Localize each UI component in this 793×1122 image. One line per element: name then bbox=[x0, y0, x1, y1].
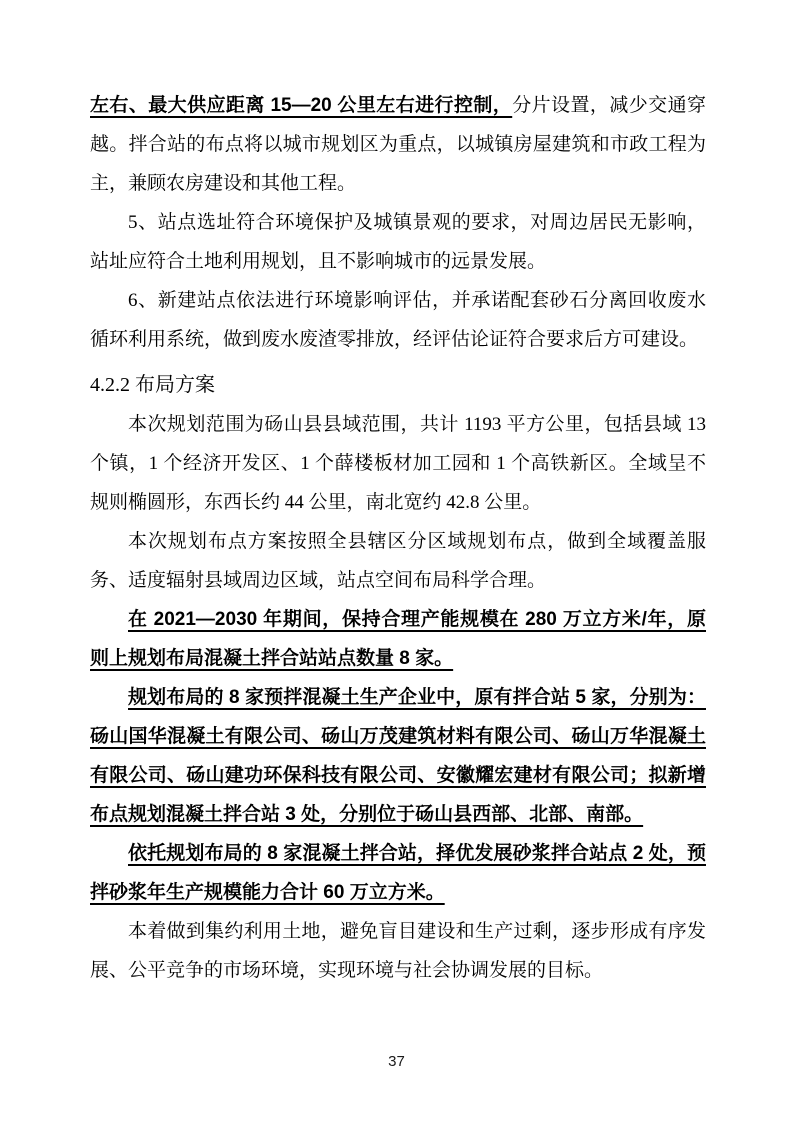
paragraph: 本次规划范围为砀山县县域范围，共计 1193 平方公里，包括县域 13 个镇，1… bbox=[90, 405, 706, 522]
text-run: 本次规划范围为砀山县县域范围，共计 1193 平方公里，包括县域 13 个镇，1… bbox=[90, 414, 706, 513]
text-run: 本着做到集约利用土地，避免盲目建设和生产过剩，逐步形成有序发展、公平竞争的市场环… bbox=[90, 921, 706, 981]
emphasized-text-run: 左右、最大供应距离 15—20 公里左右进行控制， bbox=[90, 95, 512, 116]
emphasized-text-run: 规划布局的 8 家预拌混凝土生产企业中，原有拌合站 5 家，分别为：砀山国华混凝… bbox=[90, 687, 706, 825]
page-number: 37 bbox=[0, 1053, 793, 1070]
text-run: 6、新建站点依法进行环境影响评估，并承诺配套砂石分离回收废水循环利用系统，做到废… bbox=[90, 290, 706, 350]
paragraph: 6、新建站点依法进行环境影响评估，并承诺配套砂石分离回收废水循环利用系统，做到废… bbox=[90, 281, 706, 359]
paragraph: 依托规划布局的 8 家混凝土拌合站，择优发展砂浆拌合站点 2 处，预拌砂浆年生产… bbox=[90, 834, 706, 912]
paragraph: 左右、最大供应距离 15—20 公里左右进行控制，分片设置，减少交通穿越。拌合站… bbox=[90, 86, 706, 203]
paragraph: 规划布局的 8 家预拌混凝土生产企业中，原有拌合站 5 家，分别为：砀山国华混凝… bbox=[90, 678, 706, 834]
paragraph: 在 2021—2030 年期间，保持合理产能规模在 280 万立方米/年，原则上… bbox=[90, 600, 706, 678]
document-page: 左右、最大供应距离 15—20 公里左右进行控制，分片设置，减少交通穿越。拌合站… bbox=[0, 0, 793, 1122]
text-run: 4.2.2 布局方案 bbox=[90, 374, 215, 396]
document-body: 左右、最大供应距离 15—20 公里左右进行控制，分片设置，减少交通穿越。拌合站… bbox=[90, 86, 706, 990]
text-run: 本次规划布点方案按照全县辖区分区域规划布点，做到全域覆盖服务、适度辐射县域周边区… bbox=[90, 531, 706, 591]
paragraph: 本着做到集约利用土地，避免盲目建设和生产过剩，逐步形成有序发展、公平竞争的市场环… bbox=[90, 912, 706, 990]
text-run: 5、站点选址符合环境保护及城镇景观的要求，对周边居民无影响，站址应符合土地利用规… bbox=[90, 212, 706, 272]
emphasized-text-run: 依托规划布局的 8 家混凝土拌合站，择优发展砂浆拌合站点 2 处，预拌砂浆年生产… bbox=[90, 843, 706, 903]
paragraph: 5、站点选址符合环境保护及城镇景观的要求，对周边居民无影响，站址应符合土地利用规… bbox=[90, 203, 706, 281]
paragraph: 本次规划布点方案按照全县辖区分区域规划布点，做到全域覆盖服务、适度辐射县域周边区… bbox=[90, 522, 706, 600]
emphasized-text-run: 在 2021—2030 年期间，保持合理产能规模在 280 万立方米/年，原则上… bbox=[90, 609, 706, 669]
section-heading: 4.2.2 布局方案 bbox=[90, 366, 706, 405]
